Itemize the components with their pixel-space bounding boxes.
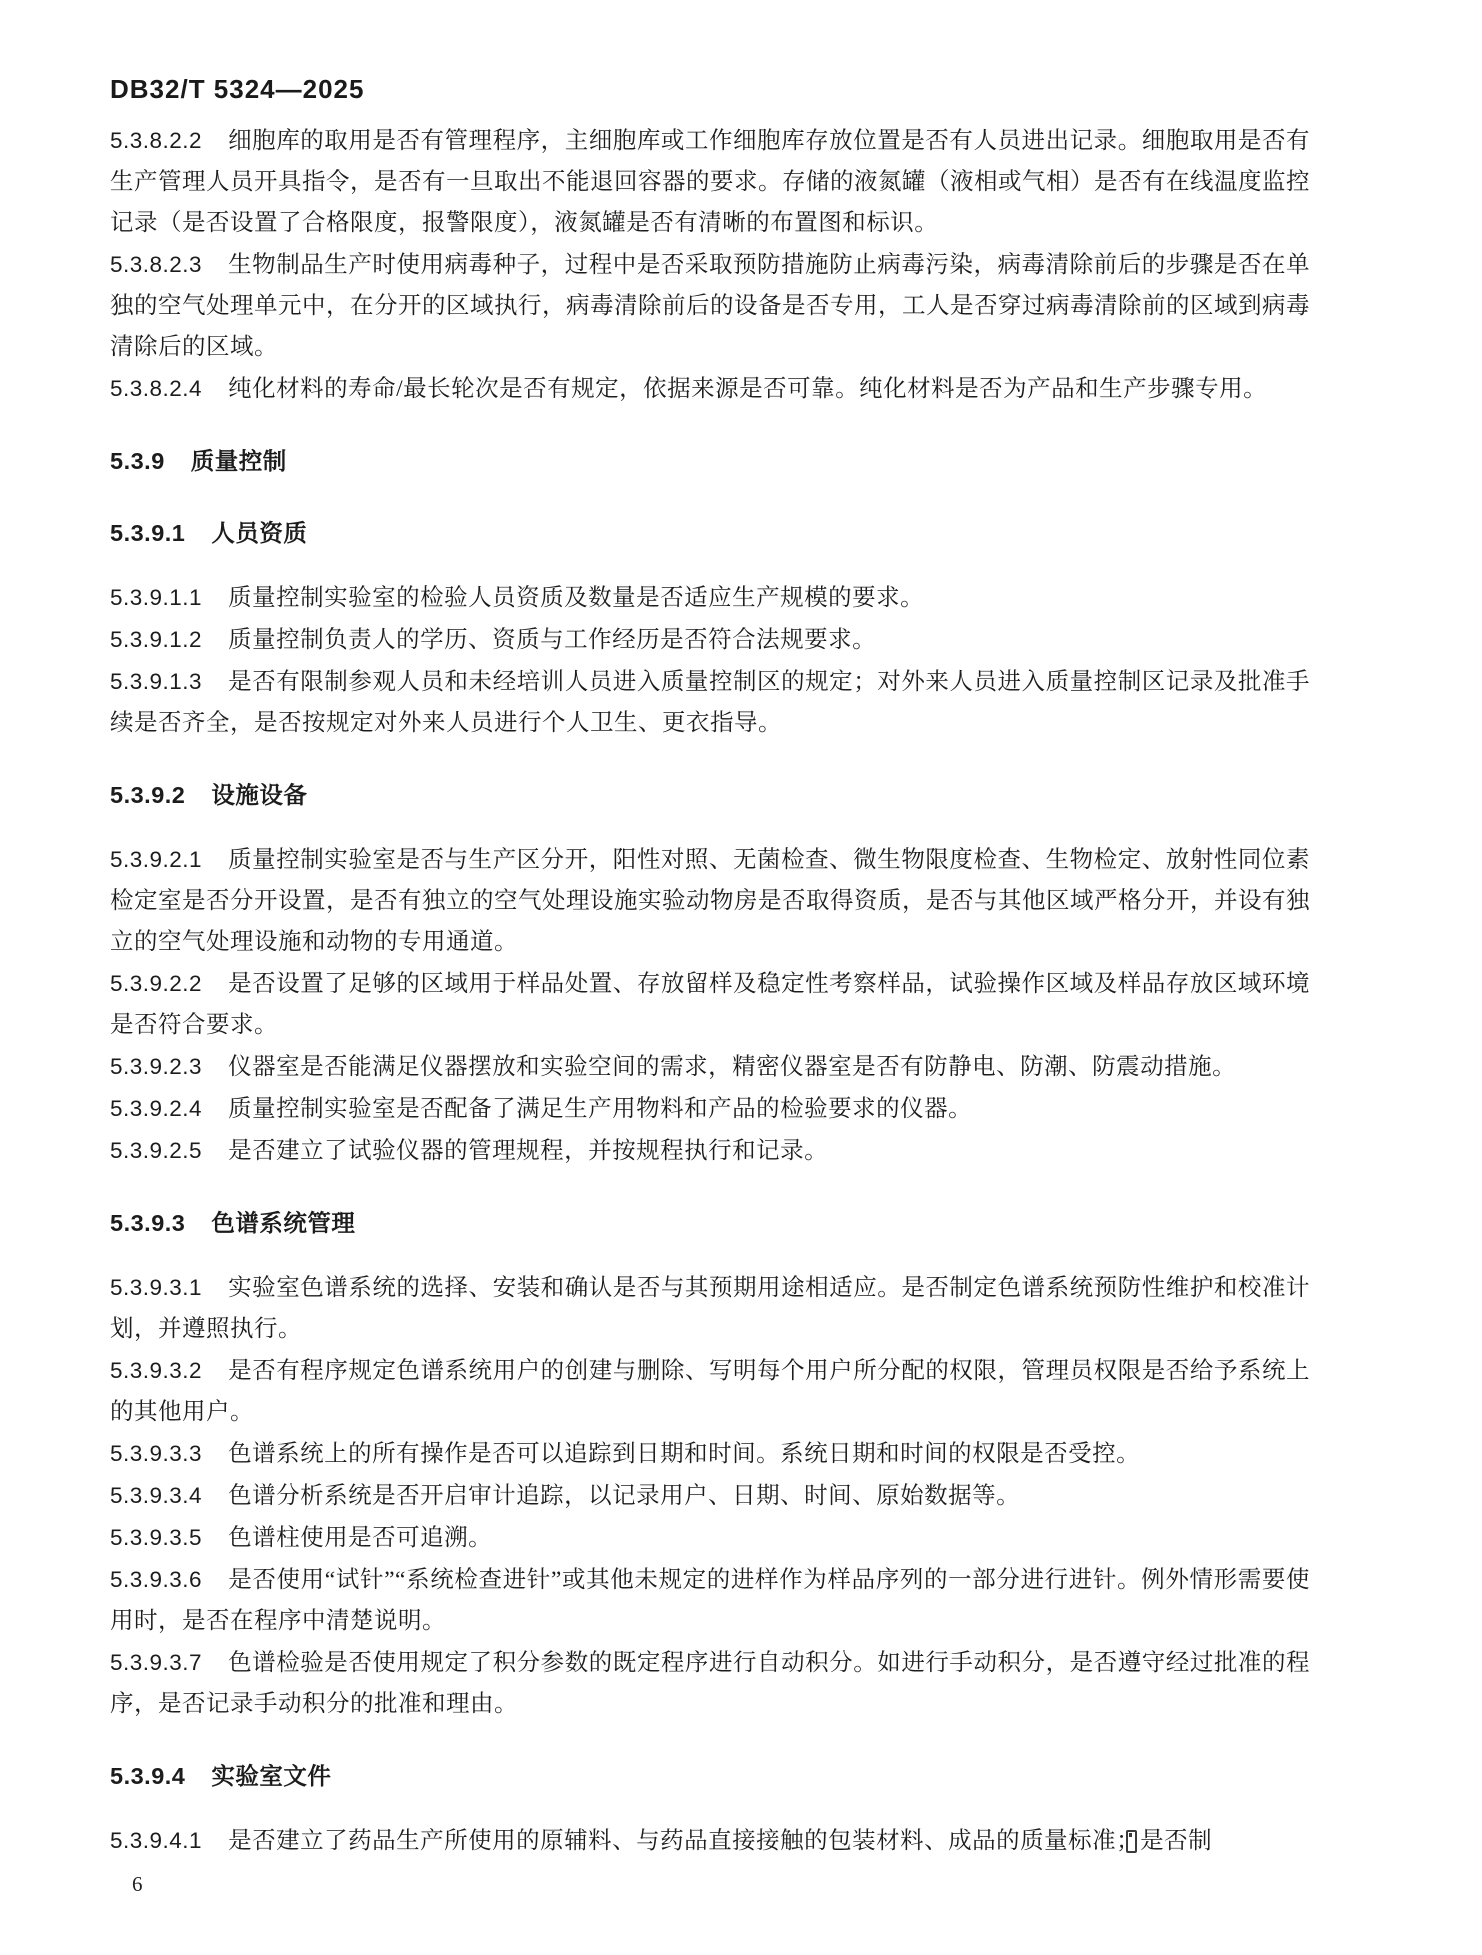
heading-title: 实验室文件 <box>211 1763 331 1789</box>
clause-number: 5.3.9.1.3 <box>110 669 202 694</box>
clause-5.3.9.2.1: 5.3.9.2.1质量控制实验室是否与生产区分开，阳性对照、无菌检查、微生物限度… <box>110 839 1310 963</box>
clause-number: 5.3.8.2.3 <box>110 252 202 277</box>
section-heading-5.3.9.4: 5.3.9.4实验室文件 <box>110 1756 1310 1797</box>
page-number: 6 <box>132 1872 143 1897</box>
clause-number: 5.3.9.3.1 <box>110 1275 202 1300</box>
clause-text: 细胞库的取用是否有管理程序，主细胞库或工作细胞库存放位置是否有人员进出记录。细胞… <box>110 128 1310 236</box>
clause-number: 5.3.9.3.2 <box>110 1358 202 1383</box>
clause-number: 5.3.8.2.2 <box>110 128 202 153</box>
heading-number: 5.3.9.1 <box>110 520 185 546</box>
clause-5.3.9.2.3: 5.3.9.2.3仪器室是否能满足仪器摆放和实验空间的需求，精密仪器室是否有防静… <box>110 1046 1310 1088</box>
clause-text: 色谱检验是否使用规定了积分参数的既定程序进行自动积分。如进行手动积分，是否遵守经… <box>110 1650 1310 1717</box>
clause-5.3.9.3.6: 5.3.9.3.6是否使用“试针”“系统检查进针”或其他未规定的进样作为样品序列… <box>110 1559 1310 1642</box>
document-page: DB32/T 5324—2025 5.3.8.2.2细胞库的取用是否有管理程序，… <box>0 0 1482 1955</box>
clause-text: 色谱柱使用是否可追溯。 <box>228 1525 492 1551</box>
clause-5.3.9.3.2: 5.3.9.3.2是否有程序规定色谱系统用户的创建与删除、写明每个用户所分配的权… <box>110 1350 1310 1433</box>
clause-text: 质量控制实验室的检验人员资质及数量是否适应生产规模的要求。 <box>228 585 924 611</box>
clause-number: 5.3.9.2.3 <box>110 1054 202 1079</box>
heading-title: 设施设备 <box>211 782 307 808</box>
heading-number: 5.3.9 <box>110 448 165 474</box>
clause-number: 5.3.9.2.1 <box>110 847 202 872</box>
clause-5.3.8.2.2: 5.3.8.2.2细胞库的取用是否有管理程序，主细胞库或工作细胞库存放位置是否有… <box>110 120 1310 244</box>
clause-text: 质量控制实验室是否配备了满足生产用物料和产品的检验要求的仪器。 <box>228 1096 972 1122</box>
clause-5.3.9.3.3: 5.3.9.3.3色谱系统上的所有操作是否可以追踪到日期和时间。系统日期和时间的… <box>110 1433 1310 1475</box>
clause-5.3.8.2.3: 5.3.8.2.3生物制品生产时使用病毒种子，过程中是否采取预防措施防止病毒污染… <box>110 244 1310 368</box>
heading-number: 5.3.9.3 <box>110 1210 185 1236</box>
standard-number-header: DB32/T 5324—2025 <box>110 74 364 105</box>
clause-number: 5.3.9.4.1 <box>110 1828 202 1853</box>
clause-number: 5.3.9.1.2 <box>110 627 202 652</box>
clause-5.3.9.3.7: 5.3.9.3.7色谱检验是否使用规定了积分参数的既定程序进行自动积分。如进行手… <box>110 1642 1310 1725</box>
clause-5.3.9.2.2: 5.3.9.2.2是否设置了足够的区域用于样品处置、存放留样及稳定性考察样品，试… <box>110 963 1310 1046</box>
clause-number: 5.3.9.2.4 <box>110 1096 202 1121</box>
clause-number: 5.3.9.3.6 <box>110 1567 202 1592</box>
clause-text: 是否有程序规定色谱系统用户的创建与删除、写明每个用户所分配的权限，管理员权限是否… <box>110 1358 1310 1425</box>
clause-5.3.9.3.5: 5.3.9.3.5色谱柱使用是否可追溯。 <box>110 1517 1310 1559</box>
print-artifact-mark <box>1126 1830 1137 1853</box>
clause-text: 纯化材料的寿命/最长轮次是否有规定，依据来源是否可靠。纯化材料是否为产品和生产步… <box>228 376 1267 402</box>
section-heading-5.3.9: 5.3.9质量控制 <box>110 441 1310 482</box>
section-heading-5.3.9.3: 5.3.9.3色谱系统管理 <box>110 1203 1310 1244</box>
clause-number: 5.3.9.3.3 <box>110 1441 202 1466</box>
clause-text: 是否有限制参观人员和未经培训人员进入质量控制区的规定；对外来人员进入质量控制区记… <box>110 669 1310 736</box>
section-heading-5.3.9.1: 5.3.9.1人员资质 <box>110 513 1310 554</box>
clause-text: 生物制品生产时使用病毒种子，过程中是否采取预防措施防止病毒污染，病毒清除前后的步… <box>110 252 1310 360</box>
clause-number: 5.3.9.3.5 <box>110 1525 202 1550</box>
clause-5.3.9.3.4: 5.3.9.3.4色谱分析系统是否开启审计追踪，以记录用户、日期、时间、原始数据… <box>110 1475 1310 1517</box>
clause-number: 5.3.9.1.1 <box>110 585 202 610</box>
heading-number: 5.3.9.2 <box>110 782 185 808</box>
heading-number: 5.3.9.4 <box>110 1763 185 1789</box>
clause-number: 5.3.9.3.7 <box>110 1650 202 1675</box>
document-body: 5.3.8.2.2细胞库的取用是否有管理程序，主细胞库或工作细胞库存放位置是否有… <box>110 120 1310 1862</box>
clause-text: 实验室色谱系统的选择、安装和确认是否与其预期用途相适应。是否制定色谱系统预防性维… <box>110 1275 1310 1342</box>
heading-title: 人员资质 <box>211 520 307 546</box>
heading-title: 质量控制 <box>191 448 287 474</box>
clause-text: 是否建立了试验仪器的管理规程，并按规程执行和记录。 <box>228 1138 828 1164</box>
heading-title: 色谱系统管理 <box>211 1210 355 1236</box>
clause-5.3.9.3.1: 5.3.9.3.1实验室色谱系统的选择、安装和确认是否与其预期用途相适应。是否制… <box>110 1267 1310 1350</box>
clause-5.3.9.2.4: 5.3.9.2.4质量控制实验室是否配备了满足生产用物料和产品的检验要求的仪器。 <box>110 1088 1310 1130</box>
clause-number: 5.3.9.2.5 <box>110 1138 202 1163</box>
clause-number: 5.3.8.2.4 <box>110 376 202 401</box>
clause-number: 5.3.9.2.2 <box>110 971 202 996</box>
clause-text: 仪器室是否能满足仪器摆放和实验空间的需求，精密仪器室是否有防静电、防潮、防震动措… <box>228 1054 1236 1080</box>
clause-5.3.9.1.3: 5.3.9.1.3是否有限制参观人员和未经培训人员进入质量控制区的规定；对外来人… <box>110 661 1310 744</box>
clause-5.3.9.1.1: 5.3.9.1.1质量控制实验室的检验人员资质及数量是否适应生产规模的要求。 <box>110 577 1310 619</box>
clause-text: 是否建立了药品生产所使用的原辅料、与药品直接接触的包装材料、成品的质量标准；是否… <box>228 1828 1212 1854</box>
clause-text: 质量控制实验室是否与生产区分开，阳性对照、无菌检查、微生物限度检查、生物检定、放… <box>110 847 1310 955</box>
clause-5.3.9.1.2: 5.3.9.1.2质量控制负责人的学历、资质与工作经历是否符合法规要求。 <box>110 619 1310 661</box>
section-heading-5.3.9.2: 5.3.9.2设施设备 <box>110 775 1310 816</box>
clause-text: 质量控制负责人的学历、资质与工作经历是否符合法规要求。 <box>228 627 876 653</box>
clause-text: 色谱分析系统是否开启审计追踪，以记录用户、日期、时间、原始数据等。 <box>228 1483 1020 1509</box>
clause-5.3.8.2.4: 5.3.8.2.4纯化材料的寿命/最长轮次是否有规定，依据来源是否可靠。纯化材料… <box>110 368 1310 410</box>
clause-number: 5.3.9.3.4 <box>110 1483 202 1508</box>
clause-5.3.9.2.5: 5.3.9.2.5是否建立了试验仪器的管理规程，并按规程执行和记录。 <box>110 1130 1310 1172</box>
clause-text: 色谱系统上的所有操作是否可以追踪到日期和时间。系统日期和时间的权限是否受控。 <box>228 1441 1140 1467</box>
clause-text: 是否使用“试针”“系统检查进针”或其他未规定的进样作为样品序列的一部分进行进针。… <box>110 1567 1310 1634</box>
clause-text: 是否设置了足够的区域用于样品处置、存放留样及稳定性考察样品，试验操作区域及样品存… <box>110 971 1310 1038</box>
